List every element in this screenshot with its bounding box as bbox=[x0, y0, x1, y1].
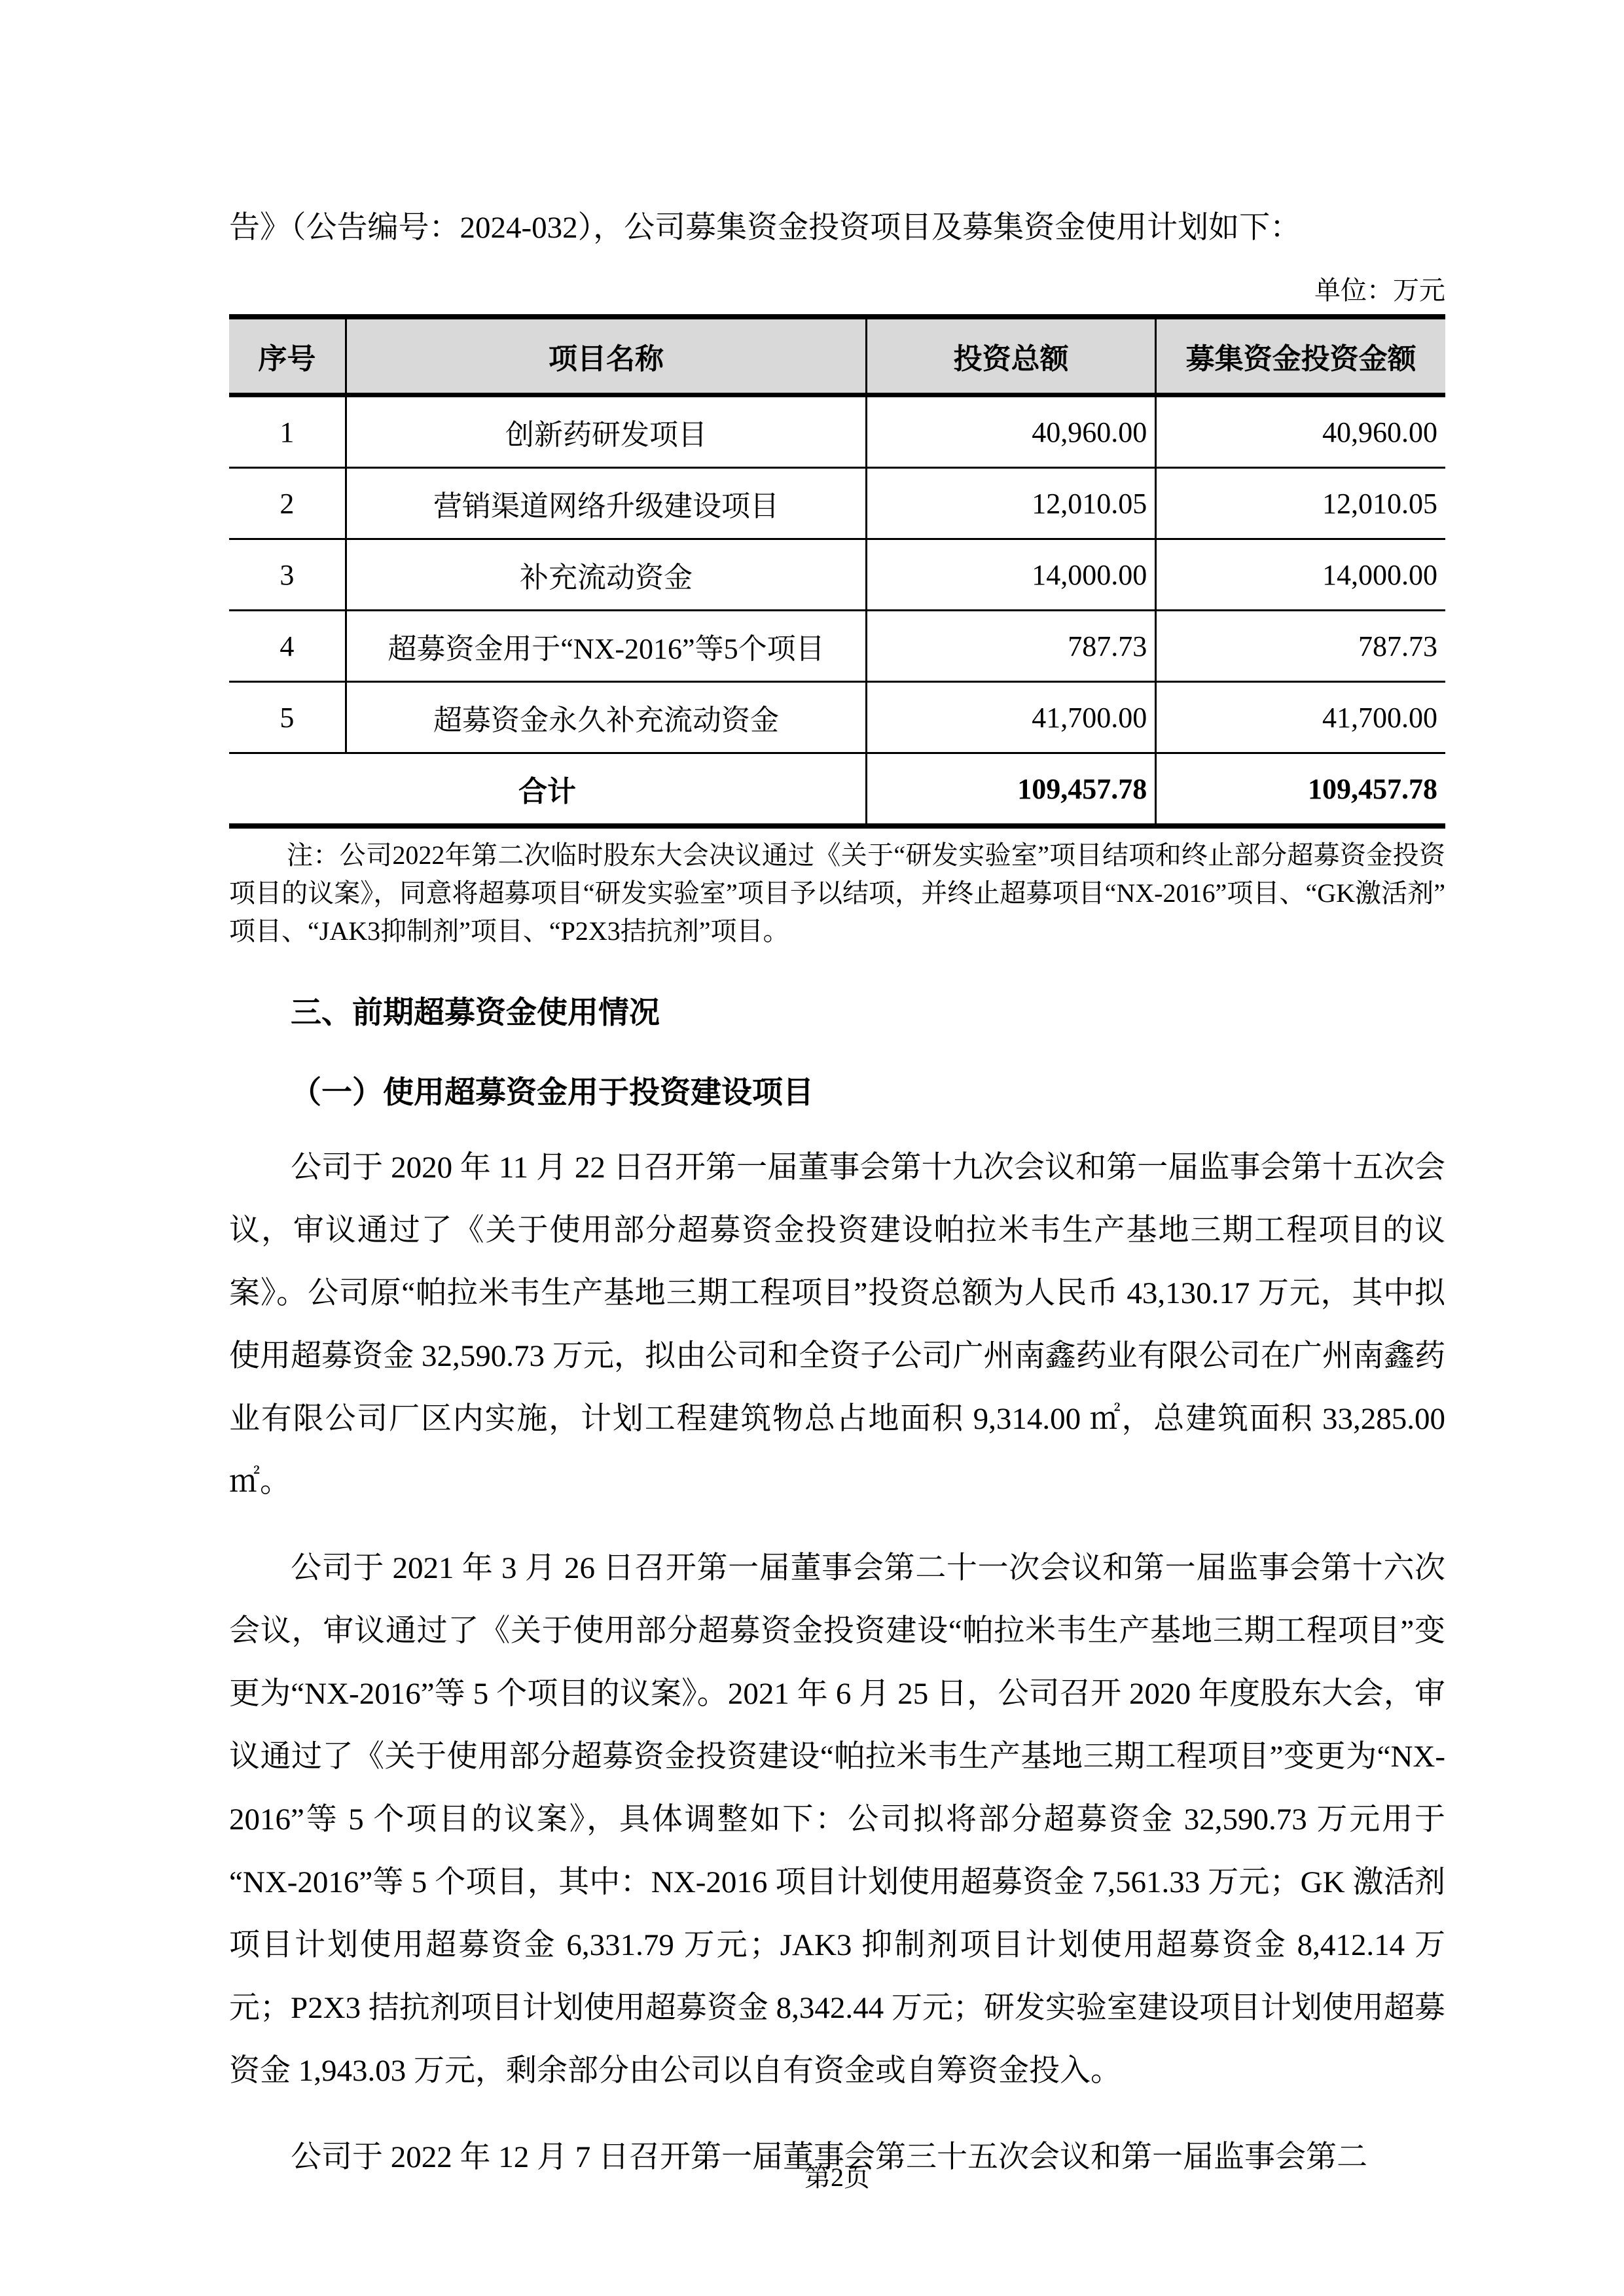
cell-total: 41,700.00 bbox=[867, 682, 1156, 753]
col-header-raised-funds: 募集资金投资金额 bbox=[1156, 317, 1445, 395]
cell-total-sum: 109,457.78 bbox=[867, 753, 1156, 827]
col-header-total-investment: 投资总额 bbox=[867, 317, 1156, 395]
col-header-no: 序号 bbox=[229, 317, 346, 395]
cell-no: 1 bbox=[229, 395, 346, 468]
cell-total: 14,000.00 bbox=[867, 539, 1156, 611]
subsection-heading: （一）使用超募资金用于投资建设项目 bbox=[229, 1073, 1445, 1113]
cell-project-name: 营销渠道网络升级建设项目 bbox=[346, 468, 866, 539]
cell-no: 3 bbox=[229, 539, 346, 611]
section-heading: 三、前期超募资金使用情况 bbox=[229, 994, 1445, 1033]
table-row: 4 超募资金用于“NX-2016”等5个项目 787.73 787.73 bbox=[229, 611, 1445, 682]
unit-label: 单位：万元 bbox=[229, 276, 1445, 305]
table-row: 3 补充流动资金 14,000.00 14,000.00 bbox=[229, 539, 1445, 611]
cell-total: 787.73 bbox=[867, 611, 1156, 682]
cell-total: 40,960.00 bbox=[867, 395, 1156, 468]
cell-no: 5 bbox=[229, 682, 346, 753]
body-paragraph: 公司于 2020 年 11 月 22 日召开第一届董事会第十九次会议和第一届监事… bbox=[229, 1113, 1445, 1513]
cell-project-name: 超募资金用于“NX-2016”等5个项目 bbox=[346, 611, 866, 682]
body-paragraph: 公司于 2021 年 3 月 26 日召开第一届董事会第二十一次会议和第一届监事… bbox=[229, 1513, 1445, 2102]
cell-raised: 14,000.00 bbox=[1156, 539, 1445, 611]
table-header-row: 序号 项目名称 投资总额 募集资金投资金额 bbox=[229, 317, 1445, 395]
table-note: 注：公司2022年第二次临时股东大会决议通过《关于“研发实验室”项目结项和终止部… bbox=[229, 836, 1445, 950]
cell-raised-sum: 109,457.78 bbox=[1156, 753, 1445, 827]
intro-paragraph: 告》（公告编号：2024-032），公司募集资金投资项目及募集资金使用计划如下： bbox=[229, 196, 1445, 259]
cell-project-name: 创新药研发项目 bbox=[346, 395, 866, 468]
page-number: 第2页 bbox=[229, 2157, 1445, 2194]
cell-total-label: 合计 bbox=[229, 753, 867, 827]
cell-raised: 787.73 bbox=[1156, 611, 1445, 682]
cell-project-name: 超募资金永久补充流动资金 bbox=[346, 682, 866, 753]
col-header-project-name: 项目名称 bbox=[346, 317, 866, 395]
table-row: 2 营销渠道网络升级建设项目 12,010.05 12,010.05 bbox=[229, 468, 1445, 539]
fund-usage-table: 序号 项目名称 投资总额 募集资金投资金额 1 创新药研发项目 40,960.0… bbox=[229, 314, 1445, 829]
cell-project-name: 补充流动资金 bbox=[346, 539, 866, 611]
cell-raised: 40,960.00 bbox=[1156, 395, 1445, 468]
cell-raised: 41,700.00 bbox=[1156, 682, 1445, 753]
table-row: 5 超募资金永久补充流动资金 41,700.00 41,700.00 bbox=[229, 682, 1445, 753]
cell-total: 12,010.05 bbox=[867, 468, 1156, 539]
table-total-row: 合计 109,457.78 109,457.78 bbox=[229, 753, 1445, 827]
cell-no: 4 bbox=[229, 611, 346, 682]
page-content: 告》（公告编号：2024-032），公司募集资金投资项目及募集资金使用计划如下：… bbox=[229, 196, 1445, 2189]
cell-raised: 12,010.05 bbox=[1156, 468, 1445, 539]
cell-no: 2 bbox=[229, 468, 346, 539]
table-row: 1 创新药研发项目 40,960.00 40,960.00 bbox=[229, 395, 1445, 468]
document-page: 告》（公告编号：2024-032），公司募集资金投资项目及募集资金使用计划如下：… bbox=[0, 0, 1624, 2296]
